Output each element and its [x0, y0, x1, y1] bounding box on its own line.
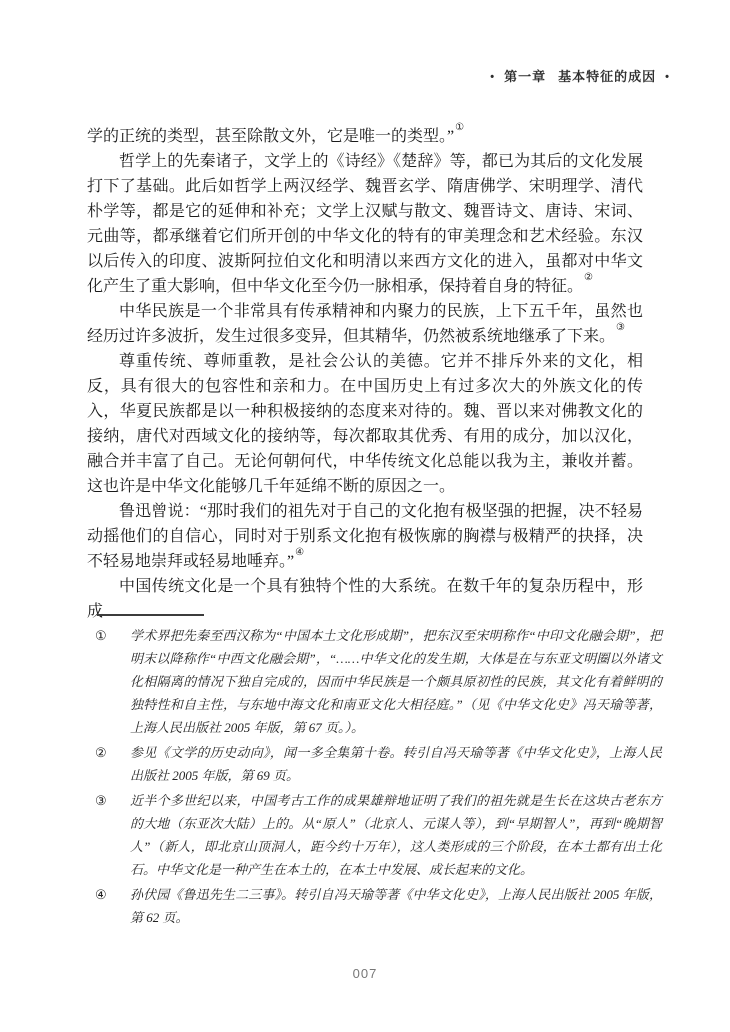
footnote-text: 参见《文学的历史动向》，闻一多全集第十卷。转引自冯天瑜等著《中华文化史》，上海人… — [130, 741, 662, 787]
body-paragraph: 学的正统的类型，甚至除散文外，它是唯一的类型。”① — [87, 124, 643, 149]
footnote-ref-3: ③ — [616, 322, 625, 333]
page-number: 007 — [0, 966, 730, 981]
body-paragraph: 中华民族是一个非常具有传承精神和内聚力的民族，上下五千年，虽然也经历过许多波折，… — [87, 299, 643, 349]
paragraph-text: 哲学上的先秦诸子，文学上的《诗经》《楚辞》等，都已为其后的文化发展打下了基础。此… — [87, 153, 643, 295]
footnote-ref-2: ② — [584, 272, 593, 283]
footnote-marker: ① — [95, 624, 117, 647]
footnote-text: 近半个多世纪以来，中国考古工作的成果雄辩地证明了我们的祖先就是生长在这块古老东方… — [130, 789, 662, 881]
footnote-item: ④ 孙伏园《鲁迅先生二三事》。转引自冯天瑜等著《中华文化史》，上海人民出版社 2… — [95, 883, 662, 929]
footnote-separator — [97, 614, 204, 616]
footnote-ref-4: ④ — [295, 547, 304, 558]
footnote-marker: ③ — [95, 789, 117, 812]
footnote-marker: ④ — [95, 883, 117, 906]
footnote-marker: ② — [95, 741, 117, 764]
book-page: •第一章基本特征的成因• 学的正统的类型，甚至除散文外，它是唯一的类型。”① 哲… — [0, 0, 730, 1032]
header-bullet-left-icon: • — [490, 71, 495, 83]
footnote-text: 学术界把先秦至西汉称为“中国本土文化形成期”，把东汉至宋明称作“中印文化融会期”… — [130, 624, 662, 739]
footnotes-block: ① 学术界把先秦至西汉称为“中国本土文化形成期”，把东汉至宋明称作“中印文化融会… — [95, 624, 662, 931]
running-header: •第一章基本特征的成因• — [490, 66, 670, 85]
footnote-item: ① 学术界把先秦至西汉称为“中国本土文化形成期”，把东汉至宋明称作“中印文化融会… — [95, 624, 662, 739]
body-paragraph: 哲学上的先秦诸子，文学上的《诗经》《楚辞》等，都已为其后的文化发展打下了基础。此… — [87, 149, 643, 299]
main-text-block: 学的正统的类型，甚至除散文外，它是唯一的类型。”① 哲学上的先秦诸子，文学上的《… — [87, 124, 643, 624]
paragraph-text: 中华民族是一个非常具有传承精神和内聚力的民族，上下五千年，虽然也经历过许多波折，… — [87, 303, 643, 345]
paragraph-text: 学的正统的类型，甚至除散文外，它是唯一的类型。” — [87, 128, 454, 145]
footnote-ref-1: ① — [455, 122, 464, 133]
body-paragraph: 中国传统文化是一个具有独特个性的大系统。在数千年的复杂历程中，形成 — [87, 574, 643, 624]
footnote-text: 孙伏园《鲁迅先生二三事》。转引自冯天瑜等著《中华文化史》，上海人民出版社 200… — [130, 883, 662, 929]
footnote-item: ③ 近半个多世纪以来，中国考古工作的成果雄辩地证明了我们的祖先就是生长在这块古老… — [95, 789, 662, 881]
paragraph-text: 鲁迅曾说：“那时我们的祖先对于自己的文化抱有极坚强的把握，决不轻易动摇他们的自信… — [87, 503, 643, 570]
body-paragraph: 尊重传统、尊师重教，是社会公认的美德。它并不排斥外来的文化，相反，具有很大的包容… — [87, 349, 643, 499]
footnote-item: ② 参见《文学的历史动向》，闻一多全集第十卷。转引自冯天瑜等著《中华文化史》，上… — [95, 741, 662, 787]
paragraph-text: 尊重传统、尊师重教，是社会公认的美德。它并不排斥外来的文化，相反，具有很大的包容… — [87, 353, 643, 495]
chapter-label: 第一章 — [504, 69, 546, 84]
body-paragraph: 鲁迅曾说：“那时我们的祖先对于自己的文化抱有极坚强的把握，决不轻易动摇他们的自信… — [87, 499, 643, 574]
chapter-title: 基本特征的成因 — [558, 69, 656, 84]
header-bullet-right-icon: • — [665, 71, 670, 83]
